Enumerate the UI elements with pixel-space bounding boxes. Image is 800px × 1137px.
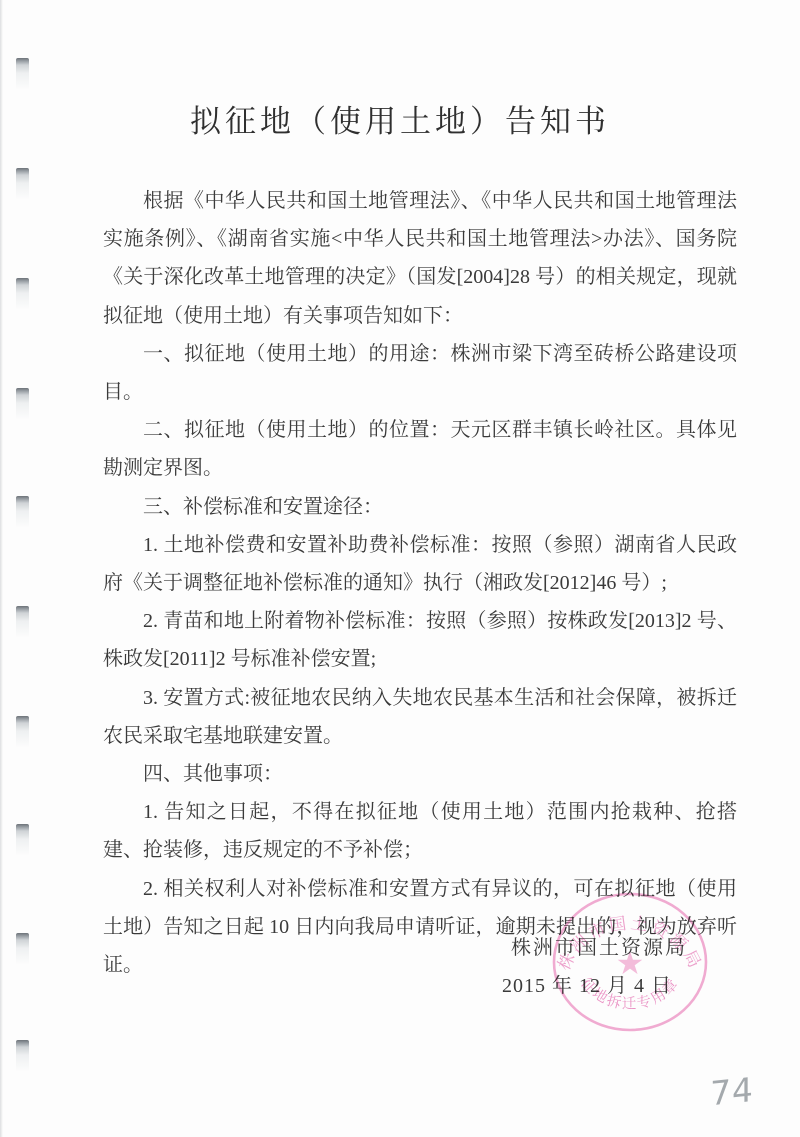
- item-4-heading: 四、其他事项：: [103, 755, 737, 793]
- binding-mark: [16, 58, 29, 92]
- binding-mark: [16, 168, 29, 202]
- signature-block: 株洲市国土资源局 2015 年 12 月 4 日: [502, 929, 687, 1005]
- item-3-sub-3: 3. 安置方式:被征地农民纳入失地农民基本生活和社会保障，被拆迁农民采取宅基地联…: [103, 679, 737, 755]
- binding-mark: [16, 496, 29, 530]
- item-3-sub-1: 1. 土地补偿费和安置补助费补偿标准：按照（参照）湖南省人民政府《关于调整征地补…: [103, 526, 737, 602]
- document-body: 根据《中华人民共和国土地管理法》、《中华人民共和国土地管理法实施条例》、《湖南省…: [103, 182, 737, 984]
- binding-mark: [16, 1040, 29, 1074]
- item-3-heading: 三、补偿标准和安置途径：: [103, 488, 737, 526]
- item-2-location: 二、拟征地（使用土地）的位置：天元区群丰镇长岭社区。具体见勘测定界图。: [103, 411, 737, 487]
- signature-date: 2015 年 12 月 4 日: [502, 967, 687, 1005]
- intro-paragraph: 根据《中华人民共和国土地管理法》、《中华人民共和国土地管理法实施条例》、《湖南省…: [103, 182, 737, 335]
- signature-org: 株洲市国土资源局: [502, 929, 687, 967]
- binding-mark: [16, 824, 29, 858]
- item-3-sub-2: 2. 青苗和地上附着物补偿标准：按照（参照）按株政发[2013]2 号、株政发[…: [103, 602, 737, 678]
- item-4-sub-1: 1. 告知之日起，不得在拟征地（使用土地）范围内抢栽种、抢搭建、抢装修，违反规定…: [103, 793, 737, 869]
- handwritten-page-number: 74: [710, 1070, 754, 1114]
- binding-mark: [16, 933, 29, 967]
- item-1-purpose: 一、拟征地（使用土地）的用途：株洲市梁下湾至砖桥公路建设项目。: [103, 335, 737, 411]
- scan-edge-artifact: [0, 0, 3, 1137]
- binding-mark: [16, 606, 29, 640]
- binding-mark: [16, 278, 29, 312]
- binding-mark: [16, 716, 29, 750]
- binding-mark: [16, 388, 29, 422]
- scanned-page: 拟征地（使用土地）告知书 根据《中华人民共和国土地管理法》、《中华人民共和国土地…: [0, 0, 800, 1137]
- document-title: 拟征地（使用土地）告知书: [0, 96, 800, 141]
